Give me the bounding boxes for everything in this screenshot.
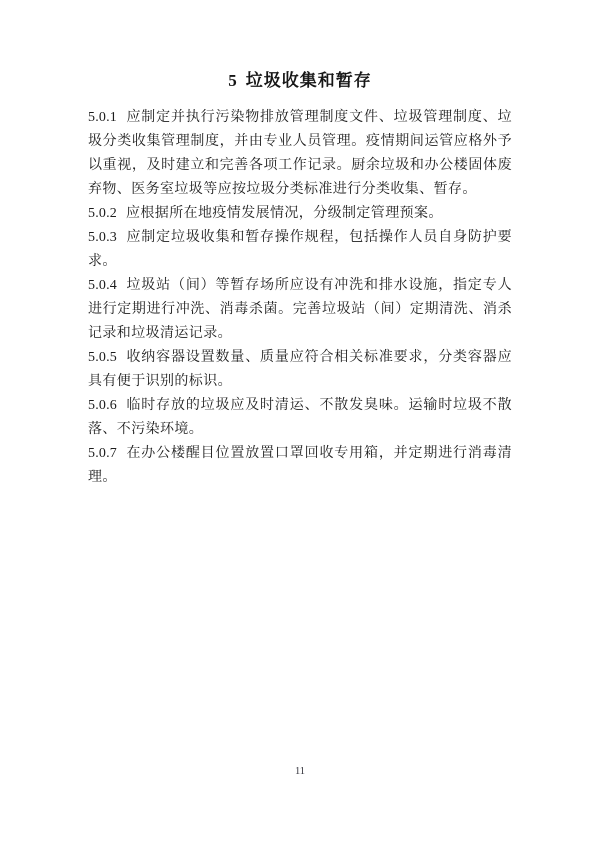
clause-5-0-7: 5.0.7在办公楼醒目位置放置口罩回收专用箱，并定期进行消毒清理。 [88,442,512,490]
clause-5-0-6: 5.0.6临时存放的垃圾应及时清运、不散发臭味。运输时垃圾不散落、不污染环境。 [88,394,512,442]
document-page: 5垃圾收集和暂存 5.0.1应制定并执行污染物排放管理制度文件、垃圾管理制度、垃… [0,0,600,848]
clause-text: 垃圾站（间）等暂存场所应设有冲洗和排水设施，指定专人进行定期进行冲洗、消毒杀菌。… [88,278,512,341]
section-title: 5垃圾收集和暂存 [88,70,512,92]
clause-number: 5.0.2 [88,206,117,221]
clause-number: 5.0.6 [88,398,117,413]
section-title-text: 垃圾收集和暂存 [246,71,372,90]
clause-text: 应制定垃圾收集和暂存操作规程，包括操作人员自身防护要求。 [88,230,512,269]
page-number: 11 [0,766,600,777]
clause-number: 5.0.4 [88,278,117,293]
document-content: 5垃圾收集和暂存 5.0.1应制定并执行污染物排放管理制度文件、垃圾管理制度、垃… [88,70,512,490]
clause-text: 在办公楼醒目位置放置口罩回收专用箱，并定期进行消毒清理。 [88,446,512,485]
clause-text: 应制定并执行污染物排放管理制度文件、垃圾管理制度、垃圾分类收集管理制度，并由专业… [88,110,512,197]
clause-5-0-1: 5.0.1应制定并执行污染物排放管理制度文件、垃圾管理制度、垃圾分类收集管理制度… [88,106,512,202]
clause-5-0-2: 5.0.2应根据所在地疫情发展情况，分级制定管理预案。 [88,202,512,226]
clause-text: 临时存放的垃圾应及时清运、不散发臭味。运输时垃圾不散落、不污染环境。 [88,398,512,437]
clause-number: 5.0.1 [88,110,117,125]
clause-5-0-3: 5.0.3应制定垃圾收集和暂存操作规程，包括操作人员自身防护要求。 [88,226,512,274]
clause-number: 5.0.3 [88,230,117,245]
clause-number: 5.0.7 [88,446,117,461]
clause-5-0-5: 5.0.5收纳容器设置数量、质量应符合相关标准要求，分类容器应具有便于识别的标识… [88,346,512,394]
clause-number: 5.0.5 [88,350,117,365]
clause-text: 收纳容器设置数量、质量应符合相关标准要求，分类容器应具有便于识别的标识。 [88,350,512,389]
clause-text: 应根据所在地疫情发展情况，分级制定管理预案。 [126,206,443,221]
clause-5-0-4: 5.0.4垃圾站（间）等暂存场所应设有冲洗和排水设施，指定专人进行定期进行冲洗、… [88,274,512,346]
section-title-number: 5 [228,71,237,90]
